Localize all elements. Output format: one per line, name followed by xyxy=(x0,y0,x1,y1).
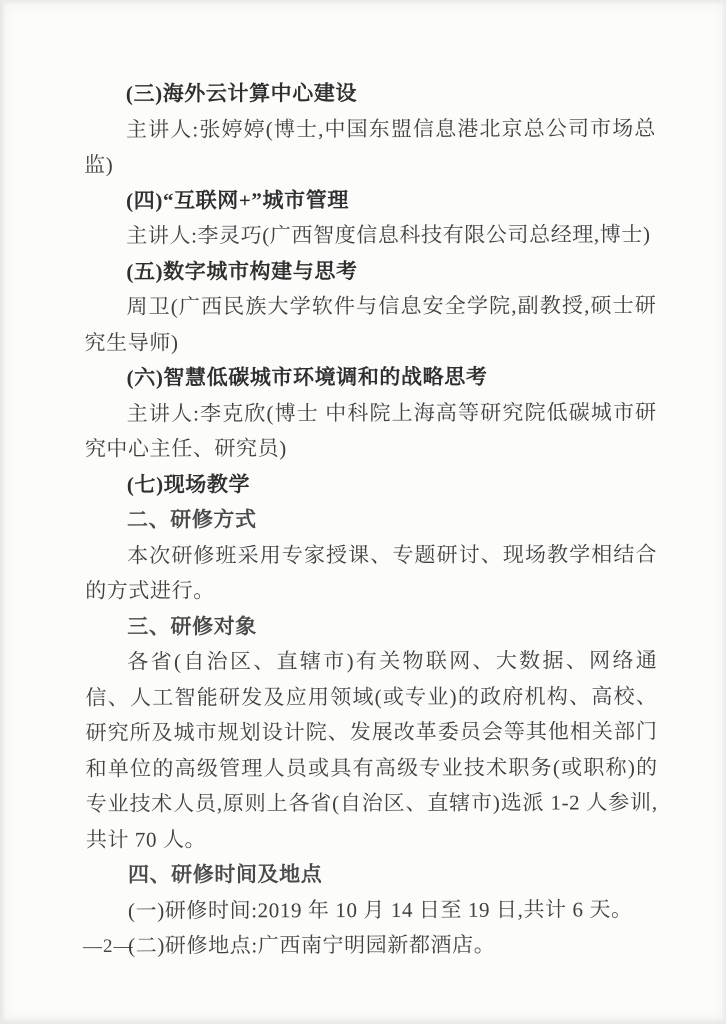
scan-edge-top xyxy=(0,0,726,5)
section-paragraph: 各省(自治区、直辖市)有关物联网、大数据、网络通信、人工智能研发及应用领域(或专… xyxy=(85,643,658,857)
scan-edge-left xyxy=(0,0,6,1024)
subheading-item-6: (六)智慧低碳城市环境调和的战略思考 xyxy=(85,359,657,396)
scan-edge-bottom xyxy=(0,1017,726,1024)
section-heading-4: 四、研修时间及地点 xyxy=(86,856,658,893)
section-paragraph: 本次研修班采用专家授课、专题研讨、现场教学相结合的方式进行。 xyxy=(85,537,657,609)
speaker-paragraph: 周卫(广西民族大学软件与信息安全学院,副教授,硕士研究生导师) xyxy=(84,288,656,360)
speaker-paragraph: 主讲人:张婷婷(博士,中国东盟信息港北京总公司市场总监) xyxy=(84,111,656,183)
document-body: (三)海外云计算中心建设 主讲人:张婷婷(博士,中国东盟信息港北京总公司市场总监… xyxy=(84,75,658,964)
page-number: —2— xyxy=(83,936,134,958)
time-paragraph: (一)研修时间:2019 年 10 月 14 日至 19 日,共计 6 天。 xyxy=(86,892,658,929)
section-heading-3: 三、研修对象 xyxy=(85,608,657,645)
speaker-paragraph: 主讲人:李克欣(博士 中科院上海高等研究院低碳城市研究中心主任、研究员) xyxy=(85,395,657,467)
subheading-item-4: (四)“互联网+”城市管理 xyxy=(84,182,656,219)
subheading-item-3: (三)海外云计算中心建设 xyxy=(84,75,656,112)
scanned-document-page: (三)海外云计算中心建设 主讲人:张婷婷(博士,中国东盟信息港北京总公司市场总监… xyxy=(0,0,726,1024)
section-heading-2: 二、研修方式 xyxy=(85,501,657,538)
location-paragraph: (二)研修地点:广西南宁明园新都酒店。 xyxy=(86,927,658,964)
subheading-item-5: (五)数字城市构建与思考 xyxy=(84,253,656,290)
speaker-paragraph: 主讲人:李灵巧(广西智度信息科技有限公司总经理,博士) xyxy=(84,217,656,254)
scan-edge-right xyxy=(721,0,726,1024)
subheading-item-7: (七)现场教学 xyxy=(85,466,657,503)
